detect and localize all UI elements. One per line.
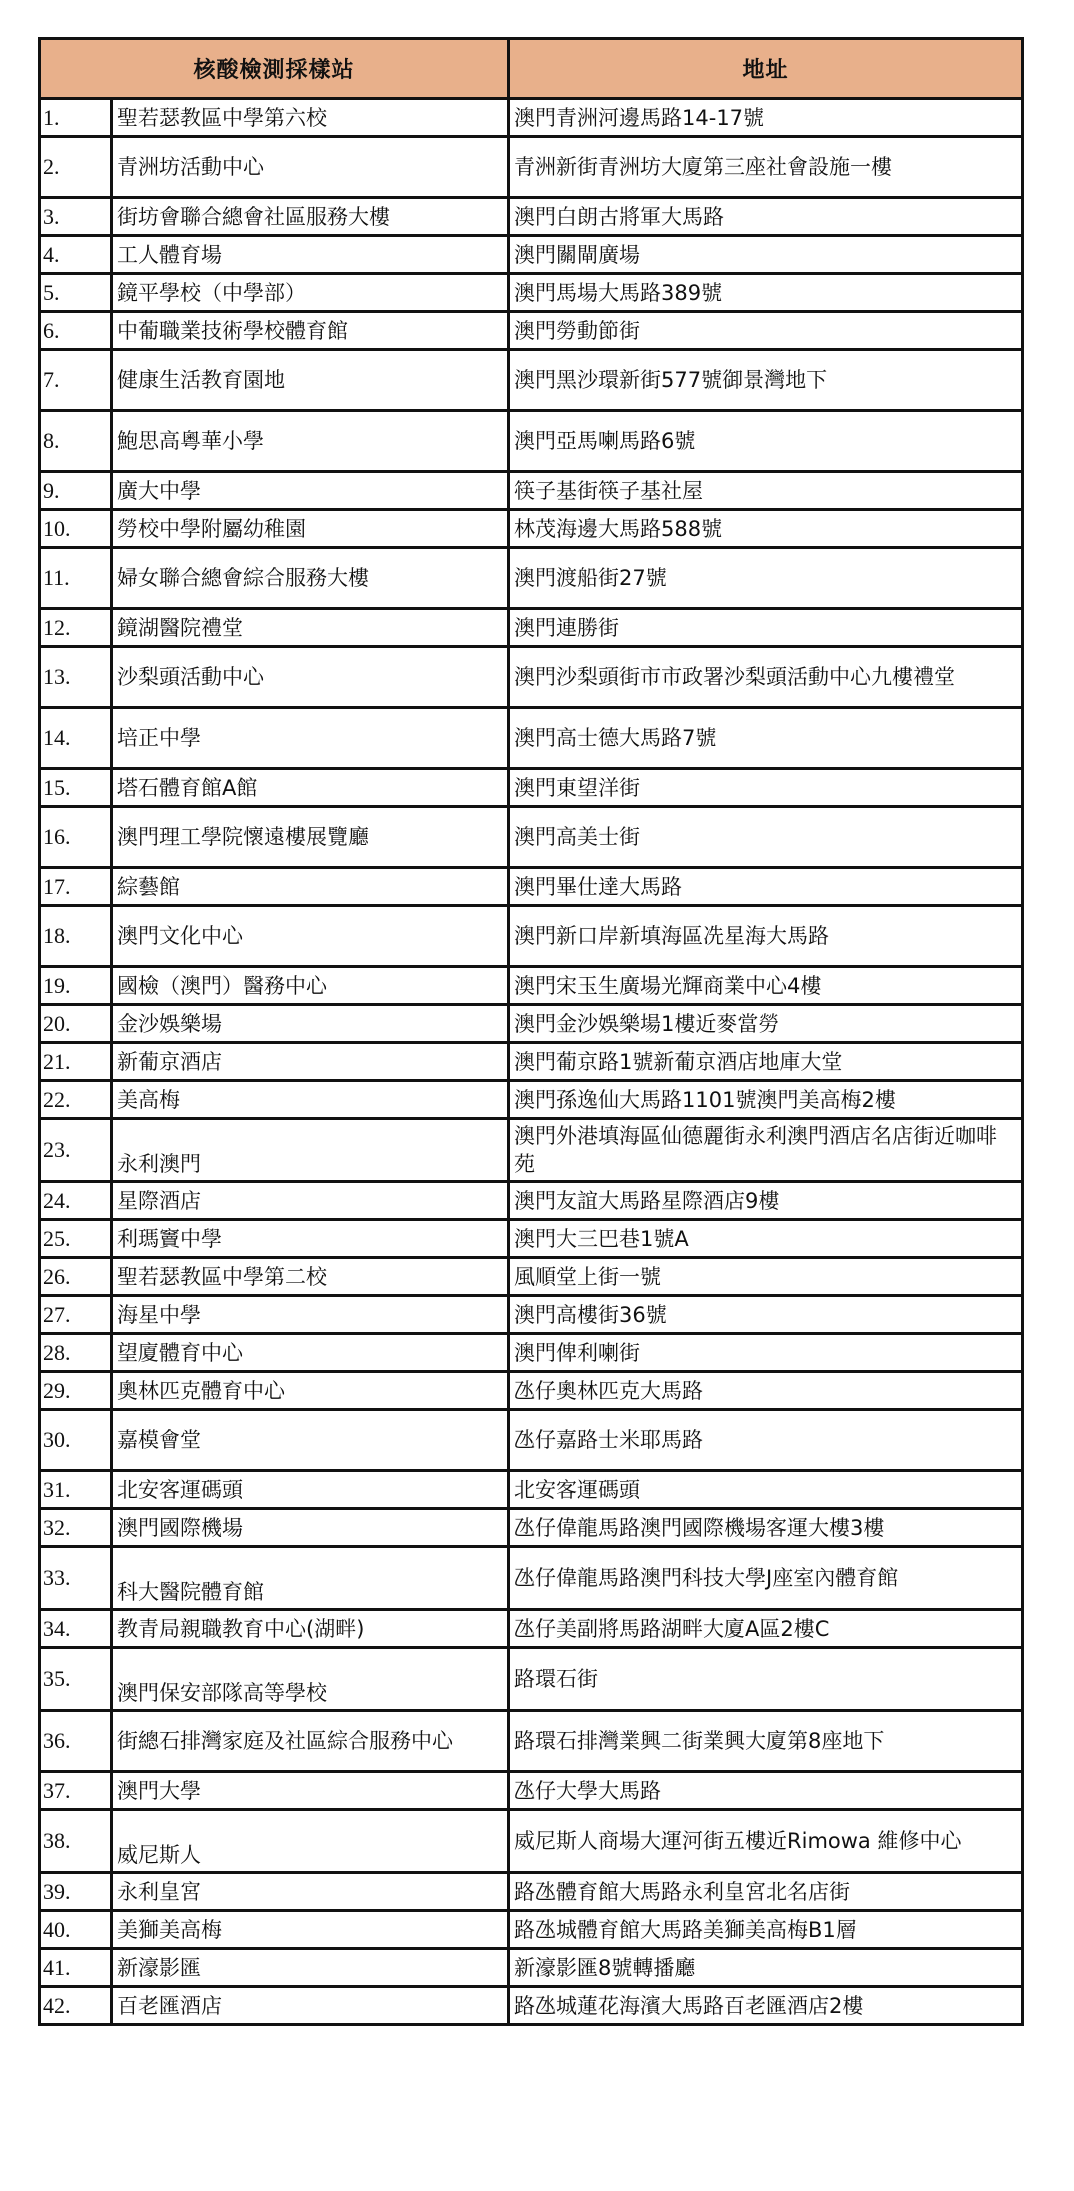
table-row: 23.永利澳門澳門外港填海區仙德麗街永利澳門酒店名店街近咖啡苑 xyxy=(40,1119,1023,1182)
station-name: 健康生活教育園地 xyxy=(112,350,509,411)
station-address: 澳門關閘廣場 xyxy=(509,236,1023,274)
station-address: 澳門沙梨頭街市市政署沙梨頭活動中心九樓禮堂 xyxy=(509,647,1023,708)
station-name: 威尼斯人 xyxy=(112,1810,509,1873)
row-number: 22. xyxy=(40,1081,112,1119)
station-name: 金沙娛樂場 xyxy=(112,1005,509,1043)
station-name: 沙梨頭活動中心 xyxy=(112,647,509,708)
table-row: 6.中葡職業技術學校體育館澳門勞動節街 xyxy=(40,312,1023,350)
table-row: 27.海星中學澳門高樓街36號 xyxy=(40,1296,1023,1334)
table-row: 38.威尼斯人威尼斯人商場大運河街五樓近Rimowa 維修中心 xyxy=(40,1810,1023,1873)
station-address: 澳門俾利喇街 xyxy=(509,1334,1023,1372)
table-row: 26.聖若瑟教區中學第二校風順堂上街一號 xyxy=(40,1258,1023,1296)
station-name: 澳門保安部隊高等學校 xyxy=(112,1648,509,1711)
table-row: 28.望廈體育中心澳門俾利喇街 xyxy=(40,1334,1023,1372)
station-name: 新葡京酒店 xyxy=(112,1043,509,1081)
table-row: 29.奧林匹克體育中心氹仔奧林匹克大馬路 xyxy=(40,1372,1023,1410)
table-header: 核酸檢測採樣站 地址 xyxy=(40,39,1023,99)
station-name: 美獅美高梅 xyxy=(112,1911,509,1949)
row-number: 5. xyxy=(40,274,112,312)
station-address: 澳門友誼大馬路星際酒店9樓 xyxy=(509,1182,1023,1220)
station-address: 澳門高樓街36號 xyxy=(509,1296,1023,1334)
row-number: 14. xyxy=(40,708,112,769)
station-address: 氹仔美副將馬路湖畔大廈A區2樓C xyxy=(509,1610,1023,1648)
row-number: 31. xyxy=(40,1471,112,1509)
station-name: 百老匯酒店 xyxy=(112,1987,509,2025)
row-number: 32. xyxy=(40,1509,112,1547)
row-number: 42. xyxy=(40,1987,112,2025)
row-number: 23. xyxy=(40,1119,112,1182)
table-row: 21.新葡京酒店澳門葡京路1號新葡京酒店地庫大堂 xyxy=(40,1043,1023,1081)
row-number: 10. xyxy=(40,510,112,548)
row-number: 24. xyxy=(40,1182,112,1220)
table-row: 36.街總石排灣家庭及社區綜合服務中心路環石排灣業興二街業興大廈第8座地下 xyxy=(40,1711,1023,1772)
station-address: 澳門黑沙環新街577號御景灣地下 xyxy=(509,350,1023,411)
row-number: 37. xyxy=(40,1772,112,1810)
station-name: 廣大中學 xyxy=(112,472,509,510)
station-name: 美高梅 xyxy=(112,1081,509,1119)
station-address: 林茂海邊大馬路588號 xyxy=(509,510,1023,548)
station-name: 永利皇宮 xyxy=(112,1873,509,1911)
station-name: 澳門理工學院懷遠樓展覽廳 xyxy=(112,807,509,868)
station-address: 北安客運碼頭 xyxy=(509,1471,1023,1509)
station-address: 新濠影匯8號轉播廳 xyxy=(509,1949,1023,1987)
row-number: 1. xyxy=(40,99,112,137)
table-row: 30.嘉模會堂氹仔嘉路士米耶馬路 xyxy=(40,1410,1023,1471)
station-address: 澳門孫逸仙大馬路1101號澳門美高梅2樓 xyxy=(509,1081,1023,1119)
station-address: 澳門外港填海區仙德麗街永利澳門酒店名店街近咖啡苑 xyxy=(509,1119,1023,1182)
station-name: 鏡平學校（中學部） xyxy=(112,274,509,312)
station-name: 澳門大學 xyxy=(112,1772,509,1810)
testing-stations-sheet: 核酸檢測採樣站 地址 1.聖若瑟教區中學第六校澳門青洲河邊馬路14-17號2.青… xyxy=(38,37,1021,2026)
table-row: 17.綜藝館澳門畢仕達大馬路 xyxy=(40,868,1023,906)
station-address: 澳門宋玉生廣場光輝商業中心4樓 xyxy=(509,967,1023,1005)
table-body: 1.聖若瑟教區中學第六校澳門青洲河邊馬路14-17號2.青洲坊活動中心青洲新街青… xyxy=(40,99,1023,2025)
station-address: 青洲新街青洲坊大廈第三座社會設施一樓 xyxy=(509,137,1023,198)
row-number: 4. xyxy=(40,236,112,274)
station-name: 澳門國際機場 xyxy=(112,1509,509,1547)
table-row: 41.新濠影匯新濠影匯8號轉播廳 xyxy=(40,1949,1023,1987)
station-address: 風順堂上街一號 xyxy=(509,1258,1023,1296)
table-row: 11.婦女聯合總會綜合服務大樓澳門渡船街27號 xyxy=(40,548,1023,609)
table-row: 12.鏡湖醫院禮堂澳門連勝街 xyxy=(40,609,1023,647)
table-row: 5.鏡平學校（中學部）澳門馬場大馬路389號 xyxy=(40,274,1023,312)
testing-stations-table: 核酸檢測採樣站 地址 1.聖若瑟教區中學第六校澳門青洲河邊馬路14-17號2.青… xyxy=(38,37,1024,2026)
row-number: 7. xyxy=(40,350,112,411)
row-number: 26. xyxy=(40,1258,112,1296)
row-number: 9. xyxy=(40,472,112,510)
station-address: 氹仔嘉路士米耶馬路 xyxy=(509,1410,1023,1471)
station-address: 筷子基街筷子基社屋 xyxy=(509,472,1023,510)
table-row: 9.廣大中學筷子基街筷子基社屋 xyxy=(40,472,1023,510)
station-address: 澳門馬場大馬路389號 xyxy=(509,274,1023,312)
row-number: 21. xyxy=(40,1043,112,1081)
station-name: 科大醫院體育館 xyxy=(112,1547,509,1610)
station-name: 街坊會聯合總會社區服務大樓 xyxy=(112,198,509,236)
column-header-station: 核酸檢測採樣站 xyxy=(40,39,509,99)
station-name: 綜藝館 xyxy=(112,868,509,906)
station-address: 澳門青洲河邊馬路14-17號 xyxy=(509,99,1023,137)
station-name: 鮑思高粵華小學 xyxy=(112,411,509,472)
station-address: 路氹城體育館大馬路美獅美高梅B1層 xyxy=(509,1911,1023,1949)
table-row: 3.街坊會聯合總會社區服務大樓澳門白朗古將軍大馬路 xyxy=(40,198,1023,236)
row-number: 34. xyxy=(40,1610,112,1648)
table-row: 2.青洲坊活動中心青洲新街青洲坊大廈第三座社會設施一樓 xyxy=(40,137,1023,198)
row-number: 19. xyxy=(40,967,112,1005)
row-number: 27. xyxy=(40,1296,112,1334)
station-name: 勞校中學附屬幼稚園 xyxy=(112,510,509,548)
table-row: 39.永利皇宮路氹體育館大馬路永利皇宮北名店街 xyxy=(40,1873,1023,1911)
station-address: 澳門亞馬喇馬路6號 xyxy=(509,411,1023,472)
station-name: 青洲坊活動中心 xyxy=(112,137,509,198)
row-number: 13. xyxy=(40,647,112,708)
table-row: 7.健康生活教育園地澳門黑沙環新街577號御景灣地下 xyxy=(40,350,1023,411)
station-address: 澳門畢仕達大馬路 xyxy=(509,868,1023,906)
row-number: 3. xyxy=(40,198,112,236)
station-address: 澳門勞動節街 xyxy=(509,312,1023,350)
station-name: 新濠影匯 xyxy=(112,1949,509,1987)
station-name: 中葡職業技術學校體育館 xyxy=(112,312,509,350)
row-number: 20. xyxy=(40,1005,112,1043)
column-header-address: 地址 xyxy=(509,39,1023,99)
row-number: 38. xyxy=(40,1810,112,1873)
row-number: 29. xyxy=(40,1372,112,1410)
station-name: 培正中學 xyxy=(112,708,509,769)
station-address: 氹仔大學大馬路 xyxy=(509,1772,1023,1810)
row-number: 15. xyxy=(40,769,112,807)
table-row: 4.工人體育場澳門關閘廣場 xyxy=(40,236,1023,274)
row-number: 2. xyxy=(40,137,112,198)
row-number: 6. xyxy=(40,312,112,350)
station-name: 奧林匹克體育中心 xyxy=(112,1372,509,1410)
station-address: 澳門金沙娛樂場1樓近麥當勞 xyxy=(509,1005,1023,1043)
station-address: 澳門渡船街27號 xyxy=(509,548,1023,609)
row-number: 33. xyxy=(40,1547,112,1610)
station-address: 路環石排灣業興二街業興大廈第8座地下 xyxy=(509,1711,1023,1772)
table-row: 19.國檢（澳門）醫務中心澳門宋玉生廣場光輝商業中心4樓 xyxy=(40,967,1023,1005)
table-row: 1.聖若瑟教區中學第六校澳門青洲河邊馬路14-17號 xyxy=(40,99,1023,137)
station-address: 澳門白朗古將軍大馬路 xyxy=(509,198,1023,236)
station-name: 澳門文化中心 xyxy=(112,906,509,967)
row-number: 17. xyxy=(40,868,112,906)
station-address: 澳門高美士街 xyxy=(509,807,1023,868)
table-row: 37.澳門大學氹仔大學大馬路 xyxy=(40,1772,1023,1810)
table-row: 20.金沙娛樂場澳門金沙娛樂場1樓近麥當勞 xyxy=(40,1005,1023,1043)
table-row: 32.澳門國際機場氹仔偉龍馬路澳門國際機場客運大樓3樓 xyxy=(40,1509,1023,1547)
station-address: 澳門大三巴巷1號A xyxy=(509,1220,1023,1258)
table-row: 24.星際酒店澳門友誼大馬路星際酒店9樓 xyxy=(40,1182,1023,1220)
station-address: 路環石街 xyxy=(509,1648,1023,1711)
station-name: 利瑪竇中學 xyxy=(112,1220,509,1258)
table-row: 42.百老匯酒店路氹城蓮花海濱大馬路百老匯酒店2樓 xyxy=(40,1987,1023,2025)
row-number: 11. xyxy=(40,548,112,609)
table-row: 31.北安客運碼頭北安客運碼頭 xyxy=(40,1471,1023,1509)
station-name: 婦女聯合總會綜合服務大樓 xyxy=(112,548,509,609)
table-row: 33.科大醫院體育館氹仔偉龍馬路澳門科技大學J座室內體育館 xyxy=(40,1547,1023,1610)
station-name: 海星中學 xyxy=(112,1296,509,1334)
station-name: 鏡湖醫院禮堂 xyxy=(112,609,509,647)
station-name: 嘉模會堂 xyxy=(112,1410,509,1471)
station-address: 氹仔奧林匹克大馬路 xyxy=(509,1372,1023,1410)
row-number: 12. xyxy=(40,609,112,647)
row-number: 36. xyxy=(40,1711,112,1772)
table-row: 10.勞校中學附屬幼稚園林茂海邊大馬路588號 xyxy=(40,510,1023,548)
station-address: 氹仔偉龍馬路澳門國際機場客運大樓3樓 xyxy=(509,1509,1023,1547)
station-address: 澳門東望洋街 xyxy=(509,769,1023,807)
station-name: 國檢（澳門）醫務中心 xyxy=(112,967,509,1005)
station-name: 望廈體育中心 xyxy=(112,1334,509,1372)
table-row: 25.利瑪竇中學澳門大三巴巷1號A xyxy=(40,1220,1023,1258)
table-row: 40.美獅美高梅路氹城體育館大馬路美獅美高梅B1層 xyxy=(40,1911,1023,1949)
station-address: 氹仔偉龍馬路澳門科技大學J座室內體育館 xyxy=(509,1547,1023,1610)
row-number: 41. xyxy=(40,1949,112,1987)
row-number: 40. xyxy=(40,1911,112,1949)
row-number: 25. xyxy=(40,1220,112,1258)
station-name: 聖若瑟教區中學第二校 xyxy=(112,1258,509,1296)
table-row: 34.教青局親職教育中心(湖畔)氹仔美副將馬路湖畔大廈A區2樓C xyxy=(40,1610,1023,1648)
station-name: 星際酒店 xyxy=(112,1182,509,1220)
row-number: 35. xyxy=(40,1648,112,1711)
row-number: 16. xyxy=(40,807,112,868)
station-name: 塔石體育館A館 xyxy=(112,769,509,807)
station-name: 工人體育場 xyxy=(112,236,509,274)
station-address: 路氹體育館大馬路永利皇宮北名店街 xyxy=(509,1873,1023,1911)
table-row: 35.澳門保安部隊高等學校路環石街 xyxy=(40,1648,1023,1711)
table-row: 13.沙梨頭活動中心澳門沙梨頭街市市政署沙梨頭活動中心九樓禮堂 xyxy=(40,647,1023,708)
row-number: 28. xyxy=(40,1334,112,1372)
station-address: 路氹城蓮花海濱大馬路百老匯酒店2樓 xyxy=(509,1987,1023,2025)
table-row: 8.鮑思高粵華小學澳門亞馬喇馬路6號 xyxy=(40,411,1023,472)
table-row: 16.澳門理工學院懷遠樓展覽廳澳門高美士街 xyxy=(40,807,1023,868)
table-row: 18.澳門文化中心澳門新口岸新填海區冼星海大馬路 xyxy=(40,906,1023,967)
station-name: 永利澳門 xyxy=(112,1119,509,1182)
table-row: 14.培正中學澳門高士德大馬路7號 xyxy=(40,708,1023,769)
station-name: 聖若瑟教區中學第六校 xyxy=(112,99,509,137)
station-name: 北安客運碼頭 xyxy=(112,1471,509,1509)
table-row: 22.美高梅澳門孫逸仙大馬路1101號澳門美高梅2樓 xyxy=(40,1081,1023,1119)
row-number: 39. xyxy=(40,1873,112,1911)
station-name: 教青局親職教育中心(湖畔) xyxy=(112,1610,509,1648)
station-address: 澳門新口岸新填海區冼星海大馬路 xyxy=(509,906,1023,967)
station-address: 澳門連勝街 xyxy=(509,609,1023,647)
station-address: 澳門葡京路1號新葡京酒店地庫大堂 xyxy=(509,1043,1023,1081)
row-number: 8. xyxy=(40,411,112,472)
station-name: 街總石排灣家庭及社區綜合服務中心 xyxy=(112,1711,509,1772)
station-address: 澳門高士德大馬路7號 xyxy=(509,708,1023,769)
station-address: 威尼斯人商場大運河街五樓近Rimowa 維修中心 xyxy=(509,1810,1023,1873)
row-number: 18. xyxy=(40,906,112,967)
table-row: 15.塔石體育館A館澳門東望洋街 xyxy=(40,769,1023,807)
row-number: 30. xyxy=(40,1410,112,1471)
